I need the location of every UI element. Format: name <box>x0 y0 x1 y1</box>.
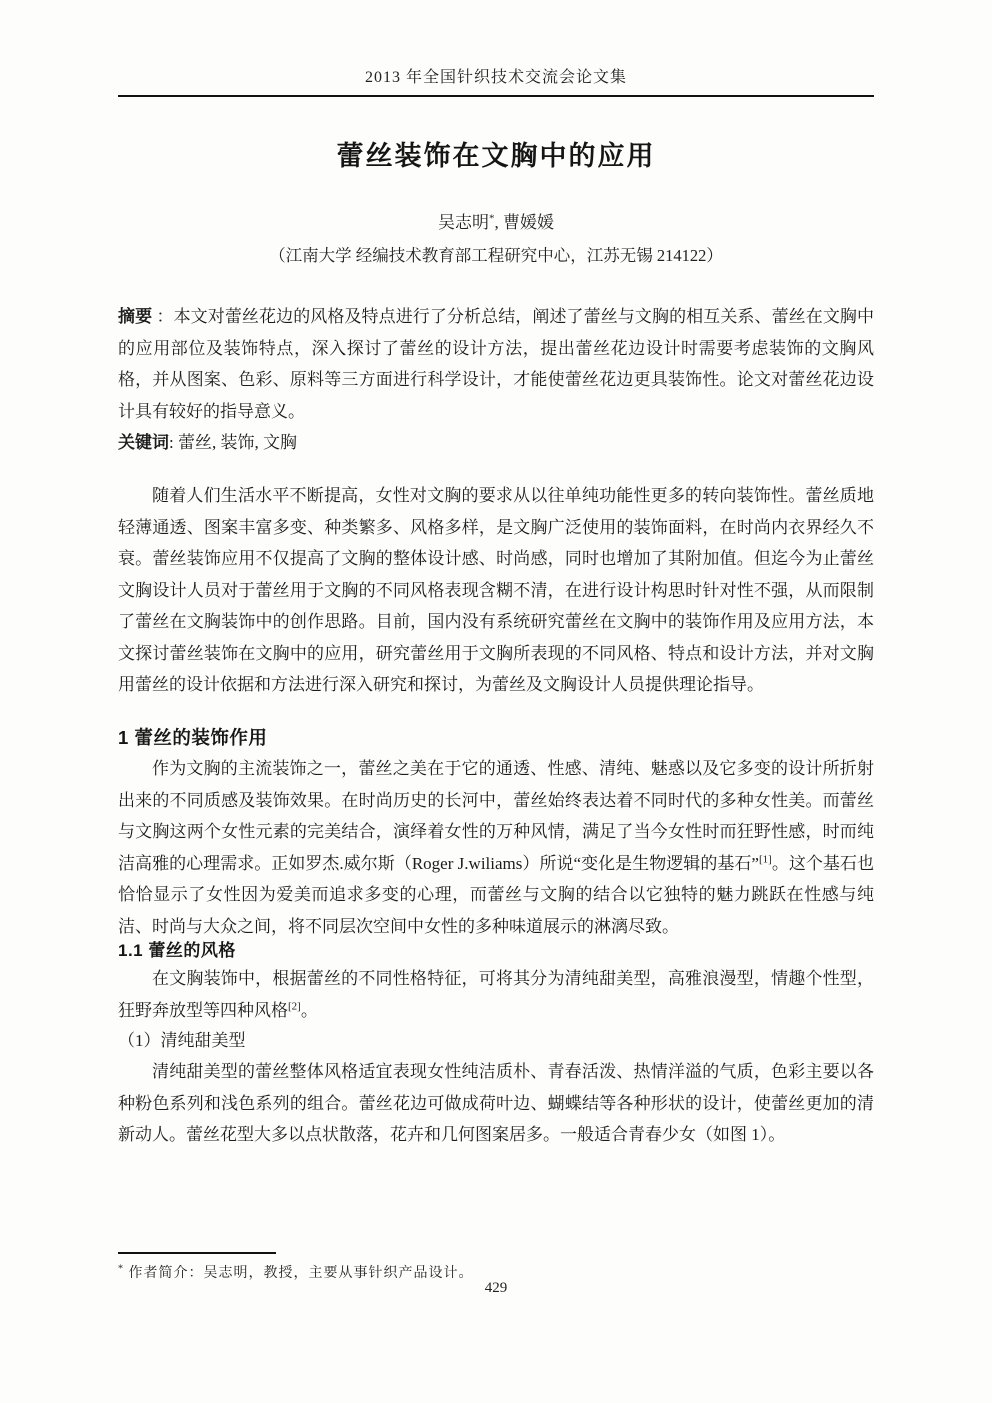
paper-page: 2013 年全国针织技术交流会论文集 蕾丝装饰在文胸中的应用 吴志明*, 曹媛媛… <box>0 0 992 1403</box>
abstract-label: 摘要 <box>118 307 152 326</box>
section-1-1-paragraph: 在文胸装饰中，根据蕾丝的不同性格特征，可将其分为清纯甜美型，高雅浪漫型，情趣个性… <box>118 963 874 1026</box>
style-item-1-paragraph: 清纯甜美型的蕾丝整体风格适宜表现女性纯洁质朴、青春活泼、热情洋溢的气质，色彩主要… <box>118 1056 874 1151</box>
author-name-1: 吴志明 <box>438 213 489 232</box>
abstract-colon: ： <box>152 307 173 326</box>
author-footnote: * 作者简介：吴志明，教授，主要从事针织产品设计。 <box>118 1262 818 1282</box>
page-number: 429 <box>0 1280 992 1297</box>
intro-paragraph: 随着人们生活水平不断提高，女性对文胸的要求从以往单纯功能性更多的转向装饰性。蕾丝… <box>118 480 874 701</box>
citation-ref-1: [1] <box>759 853 772 865</box>
paper-title: 蕾丝装饰在文胸中的应用 <box>0 134 992 173</box>
citation-ref-2: [2] <box>288 1000 301 1012</box>
running-head: 2013 年全国针织技术交流会论文集 <box>0 64 992 87</box>
author-name-rest: , 曹媛媛 <box>495 213 555 232</box>
footnote-rule <box>118 1252 276 1254</box>
keywords-text: 蕾丝, 装饰, 文胸 <box>178 433 297 452</box>
authors-line: 吴志明*, 曹媛媛 <box>0 208 992 233</box>
section-1-1-text-a: 在文胸装饰中，根据蕾丝的不同性格特征，可将其分为清纯甜美型，高雅浪漫型，情趣个性… <box>118 969 874 1020</box>
style-item-1-heading: （1）清纯甜美型 <box>118 1026 874 1051</box>
header-rule <box>118 95 874 97</box>
affiliation-line: （江南大学 经编技术教育部工程研究中心，江苏无锡 214122） <box>0 242 992 266</box>
keywords-separator: : <box>169 433 178 452</box>
keywords-label: 关键词 <box>118 433 169 452</box>
abstract-text: 本文对蕾丝花边的风格及特点进行了分析总结，阐述了蕾丝与文胸的相互关系、蕾丝在文胸… <box>118 307 874 421</box>
abstract-paragraph: 摘要 ：本文对蕾丝花边的风格及特点进行了分析总结，阐述了蕾丝与文胸的相互关系、蕾… <box>118 301 874 427</box>
section-1-1-heading: 1.1 蕾丝的风格 <box>118 936 236 961</box>
section-1-paragraph: 作为文胸的主流装饰之一，蕾丝之美在于它的通透、性感、清纯、魅惑以及它多变的设计所… <box>118 753 874 942</box>
keywords-line: 关键词: 蕾丝, 装饰, 文胸 <box>118 427 874 459</box>
footnote-text: 作者简介：吴志明，教授，主要从事针织产品设计。 <box>124 1266 474 1281</box>
section-1-1-text-b: 。 <box>301 1001 318 1020</box>
section-1-heading: 1 蕾丝的装饰作用 <box>118 724 267 750</box>
